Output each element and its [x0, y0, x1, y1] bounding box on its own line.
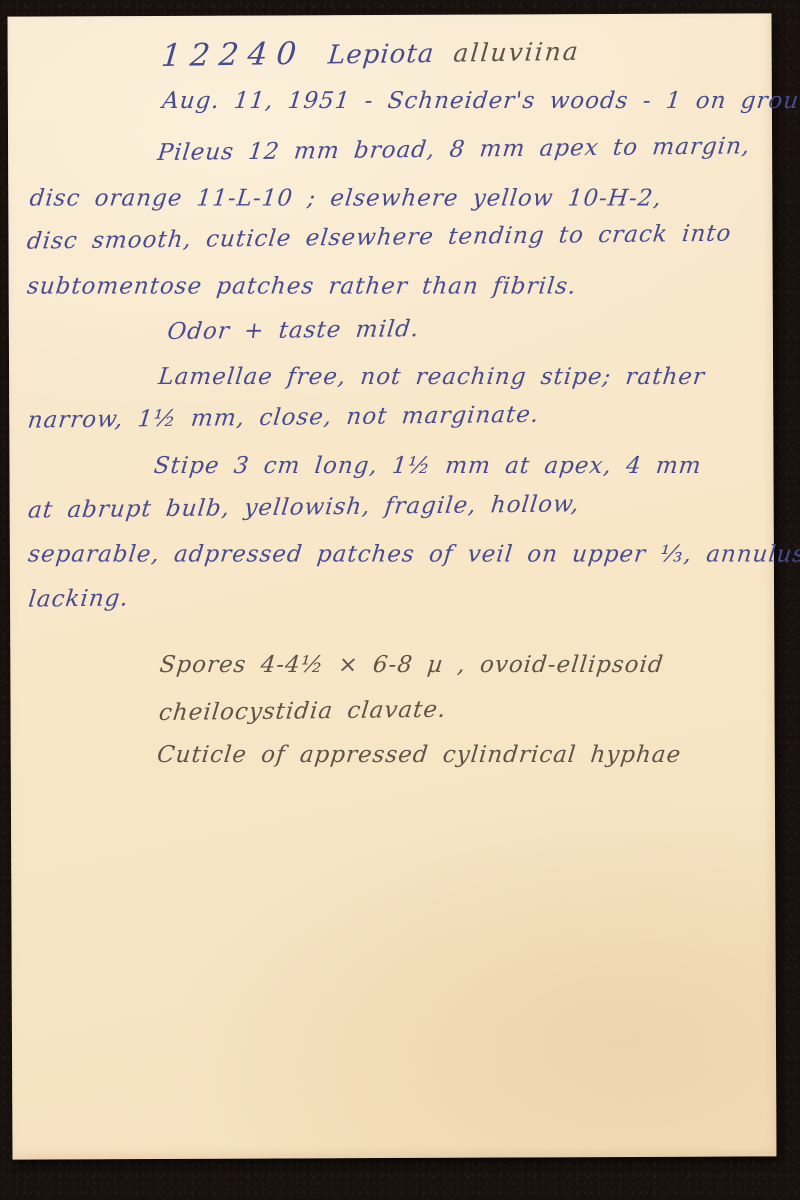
note-line-cuticle: Cuticle of appressed cylindrical hyphae	[156, 742, 683, 768]
genus-name: Lepiota	[327, 39, 436, 71]
collection-number: 12240	[160, 36, 307, 74]
note-line-narrow: narrow, 1½ mm, close, not marginate.	[26, 402, 540, 434]
note-line-odor-taste: Odor + taste mild.	[166, 316, 421, 345]
handwritten-note-card: 12240 Lepiota alluviina Aug. 11, 1951 - …	[8, 13, 777, 1159]
card-title: 12240 Lepiota alluviina	[160, 32, 582, 74]
note-line-stipe: Stipe 3 cm long, 1½ mm at apex, 4 mm	[153, 453, 703, 479]
note-line-annulus-lacking: lacking.	[27, 585, 130, 612]
note-line-disc-smooth: disc smooth, cuticle elsewhere tending t…	[26, 221, 733, 255]
note-line-cheilocystidia: cheilocystidia clavate.	[158, 697, 448, 726]
note-line-lamellae: Lamellae free, not reaching stipe; rathe…	[157, 364, 706, 390]
species-epithet: alluviina	[452, 37, 581, 68]
note-line-pileus: Pileus 12 mm broad, 8 mm apex to margin,	[156, 133, 752, 166]
note-line-spores: Spores 4-4½ × 6-8 µ , ovoid-ellipsoid	[158, 652, 665, 678]
note-line-disc-color: disc orange 11-L-10 ; elsewhere yellow 1…	[28, 186, 663, 212]
photo-background: { "scene": { "background_color": "#18110…	[0, 0, 800, 1200]
note-line-subtomentose: subtomentose patches rather than fibrils…	[26, 274, 578, 300]
note-line-bulb: at abrupt bulb, yellowish, fragile, holl…	[27, 491, 581, 523]
note-line-date-location: Aug. 11, 1951 - Schneider's woods - 1 on…	[161, 88, 800, 114]
note-line-separable-veil: separable, adpressed patches of veil on …	[27, 542, 800, 568]
